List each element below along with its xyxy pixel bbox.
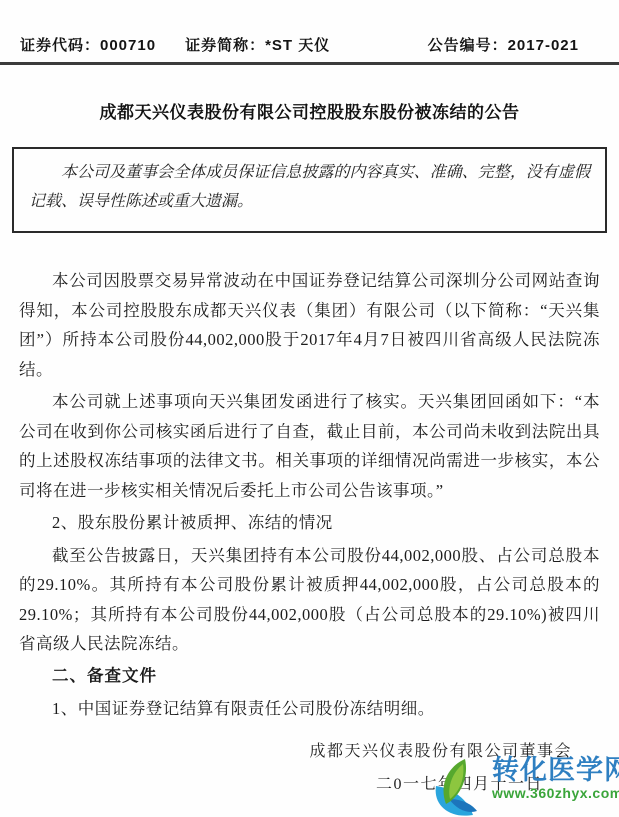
- section-heading-reference-documents: 二、备查文件: [19, 662, 600, 692]
- stock-code: 证券代码：000710: [20, 34, 156, 55]
- watermark-leaf-swirl-icon: [430, 759, 494, 817]
- watermark-site-url: www.360zhyx.com: [492, 785, 619, 801]
- board-declaration-text: 本公司及董事会全体成员保证信息披露的内容真实、准确、完整，没有虚假记载、误导性陈…: [29, 164, 590, 210]
- reference-document-item: 1、中国证券登记结算有限责任公司股份冻结明细。: [19, 694, 600, 724]
- body-paragraph: 截至公告披露日，天兴集团持有本公司股份44,002,000股、占公司总股本的29…: [19, 541, 600, 659]
- section-heading-pledge-freeze: 2、股东股份累计被质押、冻结的情况: [19, 508, 600, 538]
- board-declaration-box: 本公司及董事会全体成员保证信息披露的内容真实、准确、完整，没有虚假记载、误导性陈…: [12, 147, 607, 233]
- watermark-text: 转化医学网 www.360zhyx.com: [492, 755, 619, 801]
- page-title: 成都天兴仪表股份有限公司控股股东股份被冻结的公告: [0, 98, 619, 123]
- announcement-body: 本公司因股票交易异常波动在中国证券登记结算公司深圳分公司网站查询得知，本公司控股…: [19, 266, 600, 724]
- header-divider: [0, 62, 619, 65]
- watermark-site-name: 转化医学网: [492, 755, 619, 785]
- announcement-number: 公告编号：2017-021: [428, 34, 579, 55]
- securities-header: 证券代码：000710 证券简称：*ST 天仪 公告编号：2017-021: [0, 0, 619, 55]
- stock-short-name: 证券简称：*ST 天仪: [185, 34, 330, 55]
- site-watermark: 转化医学网 www.360zhyx.com: [430, 755, 619, 817]
- body-paragraph: 本公司就上述事项向天兴集团发函进行了核实。天兴集团回函如下：“本公司在收到你公司…: [19, 387, 600, 505]
- announcement-document: 证券代码：000710 证券简称：*ST 天仪 公告编号：2017-021 成都…: [0, 0, 619, 817]
- body-paragraph: 本公司因股票交易异常波动在中国证券登记结算公司深圳分公司网站查询得知，本公司控股…: [19, 266, 600, 384]
